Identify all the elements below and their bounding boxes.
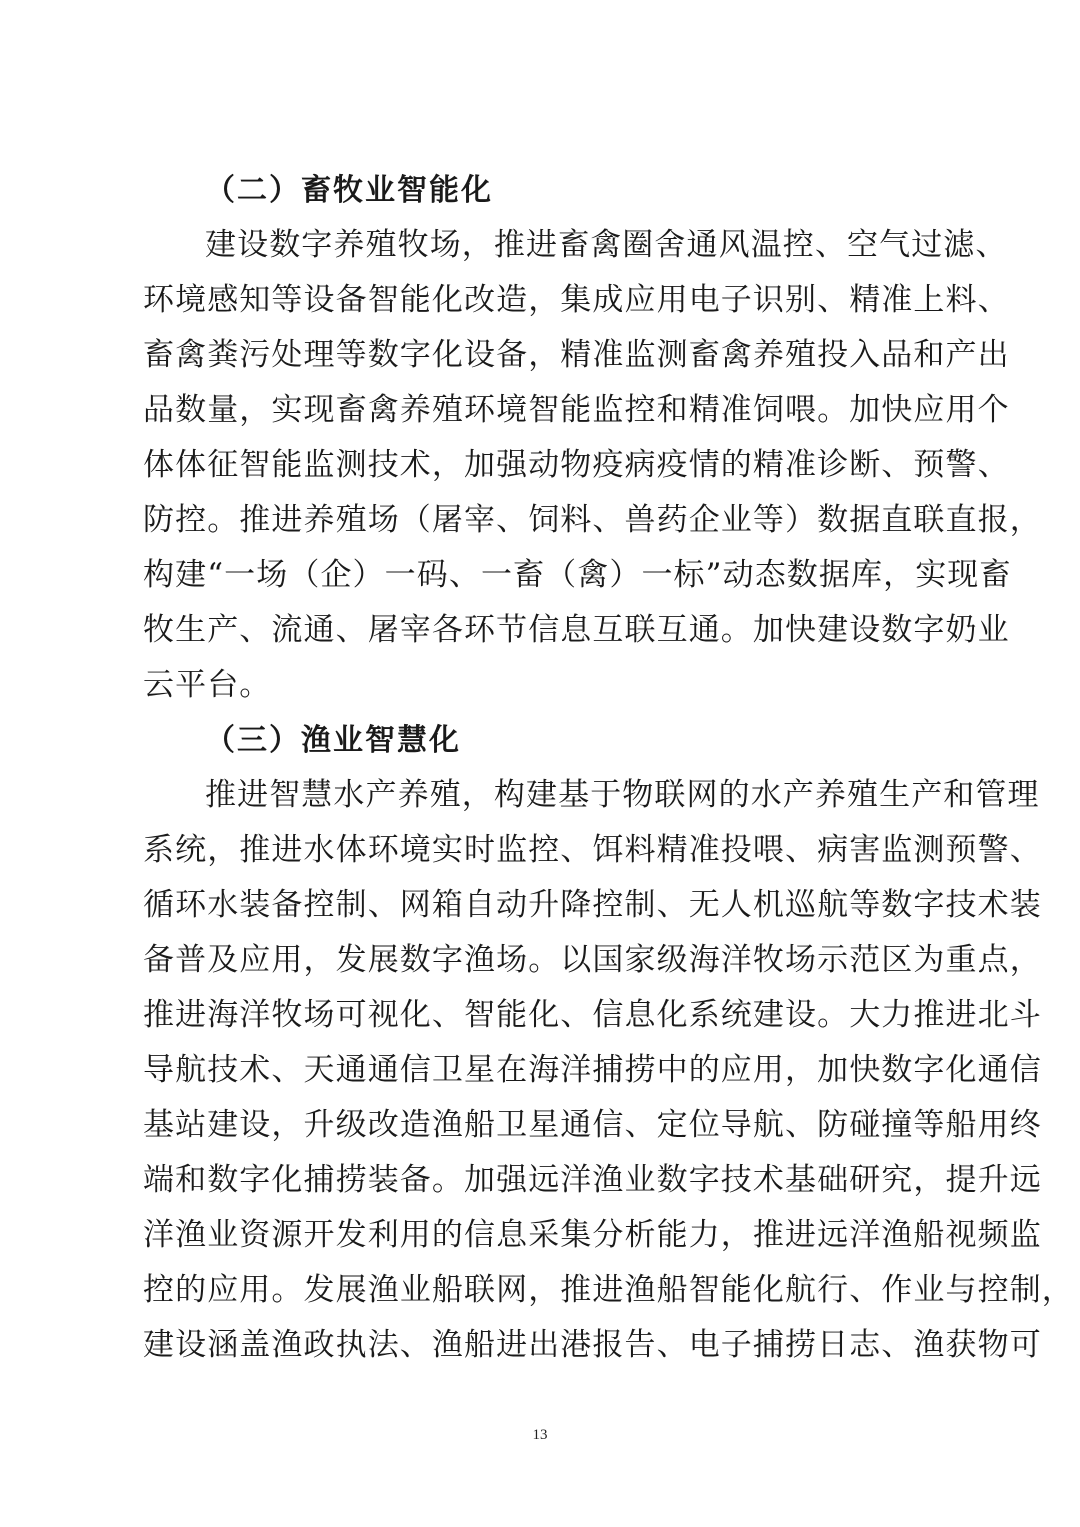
- paragraph-line: 品数量，实现畜禽养殖环境智能监控和精准饲喂。加快应用个: [143, 383, 943, 438]
- paragraph-line: 备普及应用，发展数字渔场。以国家级海洋牧场示范区为重点，: [143, 933, 943, 988]
- paragraph-line: 系统，推进水体环境实时监控、饵料精准投喂、病害监测预警、: [143, 823, 943, 878]
- paragraph-line: 基站建设，升级改造渔船卫星通信、定位导航、防碰撞等船用终: [143, 1098, 943, 1153]
- paragraph-line: 循环水装备控制、网箱自动升降控制、无人机巡航等数字技术装: [143, 878, 943, 933]
- paragraph-line: 防控。推进养殖场（屠宰、饲料、兽药企业等）数据直联直报，: [143, 493, 943, 548]
- paragraph-line: 体体征智能监测技术，加强动物疫病疫情的精准诊断、预警、: [143, 438, 943, 493]
- paragraph-line: 云平台。: [143, 658, 943, 713]
- paragraph-line: 环境感知等设备智能化改造，集成应用电子识别、精准上料、: [143, 273, 943, 328]
- paragraph-line: 推进海洋牧场可视化、智能化、信息化系统建设。大力推进北斗: [143, 988, 943, 1043]
- paragraph-line: 推进智慧水产养殖，构建基于物联网的水产养殖生产和管理: [143, 768, 943, 823]
- paragraph-line: 畜禽粪污处理等数字化设备，精准监测畜禽养殖投入品和产出: [143, 328, 943, 383]
- page-number: 13: [0, 1427, 1080, 1444]
- paragraph-line: 洋渔业资源开发利用的信息采集分析能力，推进远洋渔船视频监: [143, 1208, 943, 1263]
- section-heading-livestock: （二）畜牧业智能化: [143, 163, 943, 218]
- paragraph-line: 建设涵盖渔政执法、渔船进出港报告、电子捕捞日志、渔获物可: [143, 1318, 943, 1373]
- paragraph-line: 导航技术、天通通信卫星在海洋捕捞中的应用，加快数字化通信: [143, 1043, 943, 1098]
- document-page: （二）畜牧业智能化 建设数字养殖牧场，推进畜禽圈舍通风温控、空气过滤、 环境感知…: [143, 163, 943, 1373]
- paragraph-line: 牧生产、流通、屠宰各环节信息互联互通。加快建设数字奶业: [143, 603, 943, 658]
- paragraph-line: 建设数字养殖牧场，推进畜禽圈舍通风温控、空气过滤、: [143, 218, 943, 273]
- paragraph-line: 端和数字化捕捞装备。加强远洋渔业数字技术基础研究，提升远: [143, 1153, 943, 1208]
- paragraph-line: 控的应用。发展渔业船联网，推进渔船智能化航行、作业与控制，: [143, 1263, 943, 1318]
- section-heading-fishery: （三）渔业智慧化: [143, 713, 943, 768]
- paragraph-line: 构建“一场（企）一码、一畜（禽）一标”动态数据库，实现畜: [143, 548, 943, 603]
